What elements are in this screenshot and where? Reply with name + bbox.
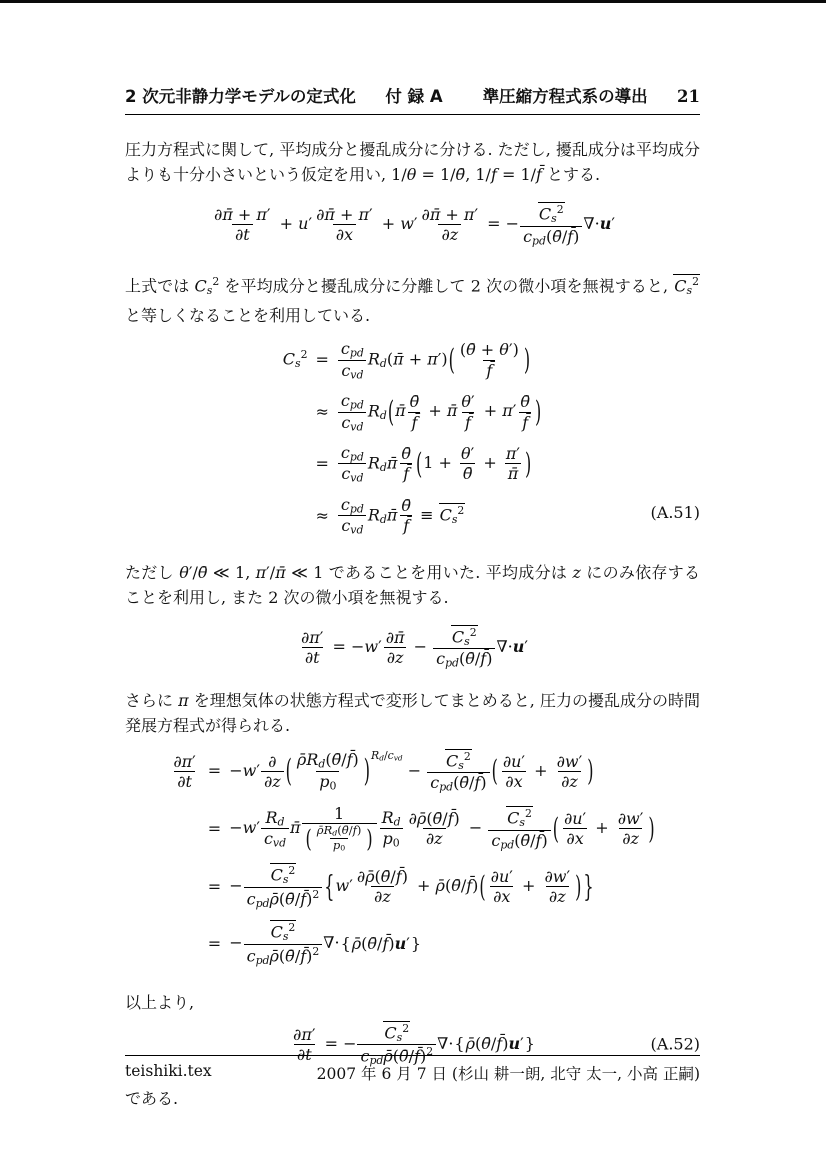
- equation-pressure-full: ∂π̄ + π′∂t + u′∂π̄ + π′∂x + w′∂π̄ + π′∂z…: [125, 202, 700, 247]
- equation-row: ≈cpdcvdRdπ̄θ̄f̄ ≡ Cs2: [283, 490, 543, 542]
- equation-row: =−w′Rdcvdπ̄1(ρ̄Rd(θ̄/f̄)p0)Rdp0∂ρ̄(θ̄/f̄…: [169, 799, 655, 858]
- equation-tag-a52: (A.52): [651, 1035, 700, 1054]
- equation-tag-a51: (A.51): [651, 502, 700, 524]
- equation-derivation-rows: ∂π′∂t=−w′∂∂z(ρ̄Rd(θ̄/f̄)p0)Rd/cvd − Cs2c…: [125, 744, 700, 972]
- footer-filename: teishiki.tex: [125, 1062, 212, 1084]
- equation-row: ≈cpdcvdRd(π̄θ̄f̄ + π̄θ′f̄ + π′θ̄f̄): [283, 386, 543, 438]
- page-number: 21: [677, 87, 700, 106]
- header-appendix-title: 準圧縮方程式系の導出: [483, 83, 648, 107]
- document-page: 2 次元非静力学モデルの定式化 付 録 A 準圧縮方程式系の導出 21 圧力方程…: [0, 0, 826, 1169]
- paragraph-ideal-gas: さらに π を理想気体の状態方程式で変形してまとめると, 圧力の擾乱成分の時間発…: [125, 688, 700, 738]
- paragraph-closing: である.: [125, 1086, 700, 1111]
- equation-pi-prime: ∂π′∂t = −w′∂π̄∂z − Cs2cpd(θ̄/f̄)∇·u′: [125, 625, 700, 670]
- equation-row: Cs2=cpdcvdRd(π̄ + π′)((θ̄ + θ′)f̄): [283, 334, 543, 386]
- paragraph-pressure-decomposition: 圧力方程式に関して, 平均成分と擾乱成分に分ける. ただし, 擾乱成分は平均成分…: [125, 137, 700, 187]
- paragraph-conclusion-lead: 以上より,: [125, 990, 700, 1015]
- equation-row: =cpdcvdRdπ̄θ̄f̄(1 + θ′θ̄ + π′π̄): [283, 438, 543, 490]
- footer-date-authors: 2007 年 6 月 7 日 (杉山 耕一朗, 北守 太一, 小高 正嗣): [317, 1062, 700, 1084]
- equation-a51-rows: Cs2=cpdcvdRd(π̄ + π′)((θ̄ + θ′)f̄)≈cpdcv…: [125, 334, 700, 542]
- page-header: 2 次元非静力学モデルの定式化 付 録 A 準圧縮方程式系の導出 21: [125, 83, 700, 115]
- equation-pressure-full-math: ∂π̄ + π′∂t + u′∂π̄ + π′∂x + w′∂π̄ + π′∂z…: [210, 202, 615, 247]
- paragraph-cs2-note: 上式では Cs2 を平均成分と擾乱成分に分離して 2 次の微小項を無視すると, …: [125, 269, 700, 328]
- header-section-title: 2 次元非静力学モデルの定式化: [125, 83, 356, 107]
- aligned-equation-table: Cs2=cpdcvdRd(π̄ + π′)((θ̄ + θ′)f̄)≈cpdcv…: [283, 334, 543, 542]
- aligned-equation-table: ∂π′∂t=−w′∂∂z(ρ̄Rd(θ̄/f̄)p0)Rd/cvd − Cs2c…: [169, 744, 655, 972]
- equation-row: =−Cs2cpdρ̄(θ̄/f̄)2{w′∂ρ̄(θ̄/f̄)∂z + ρ̄(θ…: [169, 858, 655, 915]
- equation-derivation-block: ∂π′∂t=−w′∂∂z(ρ̄Rd(θ̄/f̄)p0)Rd/cvd − Cs2c…: [125, 744, 700, 972]
- header-appendix-label: 付 録 A: [385, 83, 442, 107]
- paragraph-smallness-assumption: ただし θ′/θ̄ ≪ 1, π′/π̄ ≪ 1 であることを用いた. 平均成分…: [125, 560, 700, 610]
- equation-row: ∂π′∂t=−w′∂∂z(ρ̄Rd(θ̄/f̄)p0)Rd/cvd − Cs2c…: [169, 744, 655, 799]
- equation-row: =−Cs2cpdρ̄(θ̄/f̄)2∇·{ρ̄(θ̄/f̄)u′}: [169, 915, 655, 972]
- equation-pi-prime-math: ∂π′∂t = −w′∂π̄∂z − Cs2cpd(θ̄/f̄)∇·u′: [297, 625, 528, 670]
- page-footer: teishiki.tex 2007 年 6 月 7 日 (杉山 耕一朗, 北守 …: [125, 1055, 700, 1084]
- equation-a51-block: Cs2=cpdcvdRd(π̄ + π′)((θ̄ + θ′)f̄)≈cpdcv…: [125, 334, 700, 542]
